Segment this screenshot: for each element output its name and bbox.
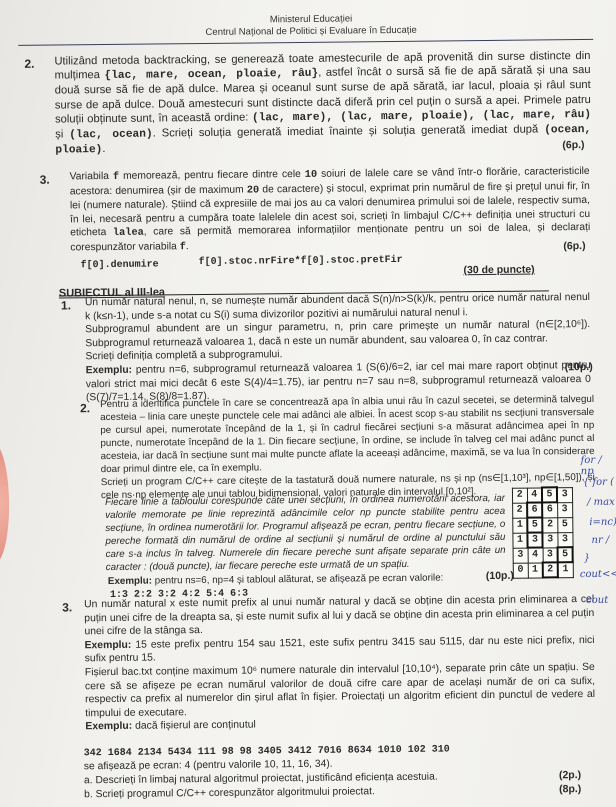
table-cell: 1 [528,562,543,577]
table-cell: 6 [527,502,542,517]
table-row: 2663 [513,502,573,518]
q2-points: (6p.) [562,139,584,151]
q3-text: Variabila f memorează, pentru fiecare di… [70,165,591,256]
table-cell: 5 [527,517,542,532]
s3-q1-number: 1. [61,298,71,312]
s3-q1-text: Un număr natural nenul, n, se numește nu… [85,291,591,405]
handwritten-note-7: cout<< [580,569,616,580]
table-cell: 3 [527,532,542,547]
table-cell: 6 [542,502,557,517]
table-cell: 3 [557,487,572,502]
document-header: Ministerul Educației Centrul Național de… [16,11,606,41]
s3-q3-number: 3. [62,600,72,614]
table-row: 1525 [513,517,573,533]
table-row: 1333 [513,532,573,548]
table-cell: 2 [513,503,528,518]
exam-page: Ministerul Educației Centrul Național de… [0,0,616,807]
table-cell: 3 [557,502,572,517]
table-cell: 3 [543,547,558,562]
handwritten-note-2: { for ( [583,477,614,488]
table-row: 0121 [513,562,573,578]
table-cell: 1 [513,518,528,533]
q2-number: 2. [24,57,34,71]
q3-expr-denumire: f[0].denumire [81,259,159,271]
q3-expr-suma: f[0].stoc.nrFire*f[0].stoc.pretFir [198,255,402,268]
table-cell: 2 [542,517,557,532]
table-cell: 3 [542,532,557,547]
q2-text: Utilizând metoda backtracking, se genere… [54,49,591,158]
s3-q2-number: 2. [80,401,90,415]
depth-table: 245326631525133334350121 [512,486,574,579]
table-row: 3435 [513,547,573,563]
s3-q3-part-a-points: (2p.) [559,769,581,781]
table-cell: 3 [513,548,528,563]
handwritten-note-6: } [584,553,590,564]
table-cell: 4 [528,547,543,562]
q3-number: 3. [40,173,50,187]
table-cell: 3 [557,532,572,547]
handwritten-note-1: for / np [581,455,616,477]
s3-q2-example: Exemplu: pentru ns=6, np=4 și tabloul al… [108,571,508,589]
s3-q2-text3: Fiecare linie a tabloului corespunde cât… [105,492,506,574]
table-cell: 5 [557,517,572,532]
table-cell: 1 [558,562,573,577]
q3-points: (6p.) [563,240,585,252]
table-cell: 4 [527,487,542,502]
s3-q2-points: (10p.) [486,570,514,582]
table-row: 2453 [512,487,572,503]
table-cell: 1 [513,533,528,548]
handwritten-note-4: i=nc) [589,517,616,528]
s3-q3-part-b-points: (8p.) [559,783,581,795]
s3-q1-points: (10p.) [565,361,593,373]
table-cell: 2 [512,488,527,503]
table-cell: 2 [543,562,558,577]
subject3-points: (30 de puncte) [463,264,534,277]
table-cell: 0 [513,563,528,578]
handwritten-note-8: cout [586,595,608,606]
thumb-edge [0,443,10,563]
s3-q3-text: Un număr natural x este numit prefix al … [84,593,595,734]
table-cell: 5 [558,547,573,562]
handwritten-note-5: nr / [591,535,609,546]
handwritten-note-3: / max [587,497,615,508]
table-cell: 5 [542,487,557,502]
